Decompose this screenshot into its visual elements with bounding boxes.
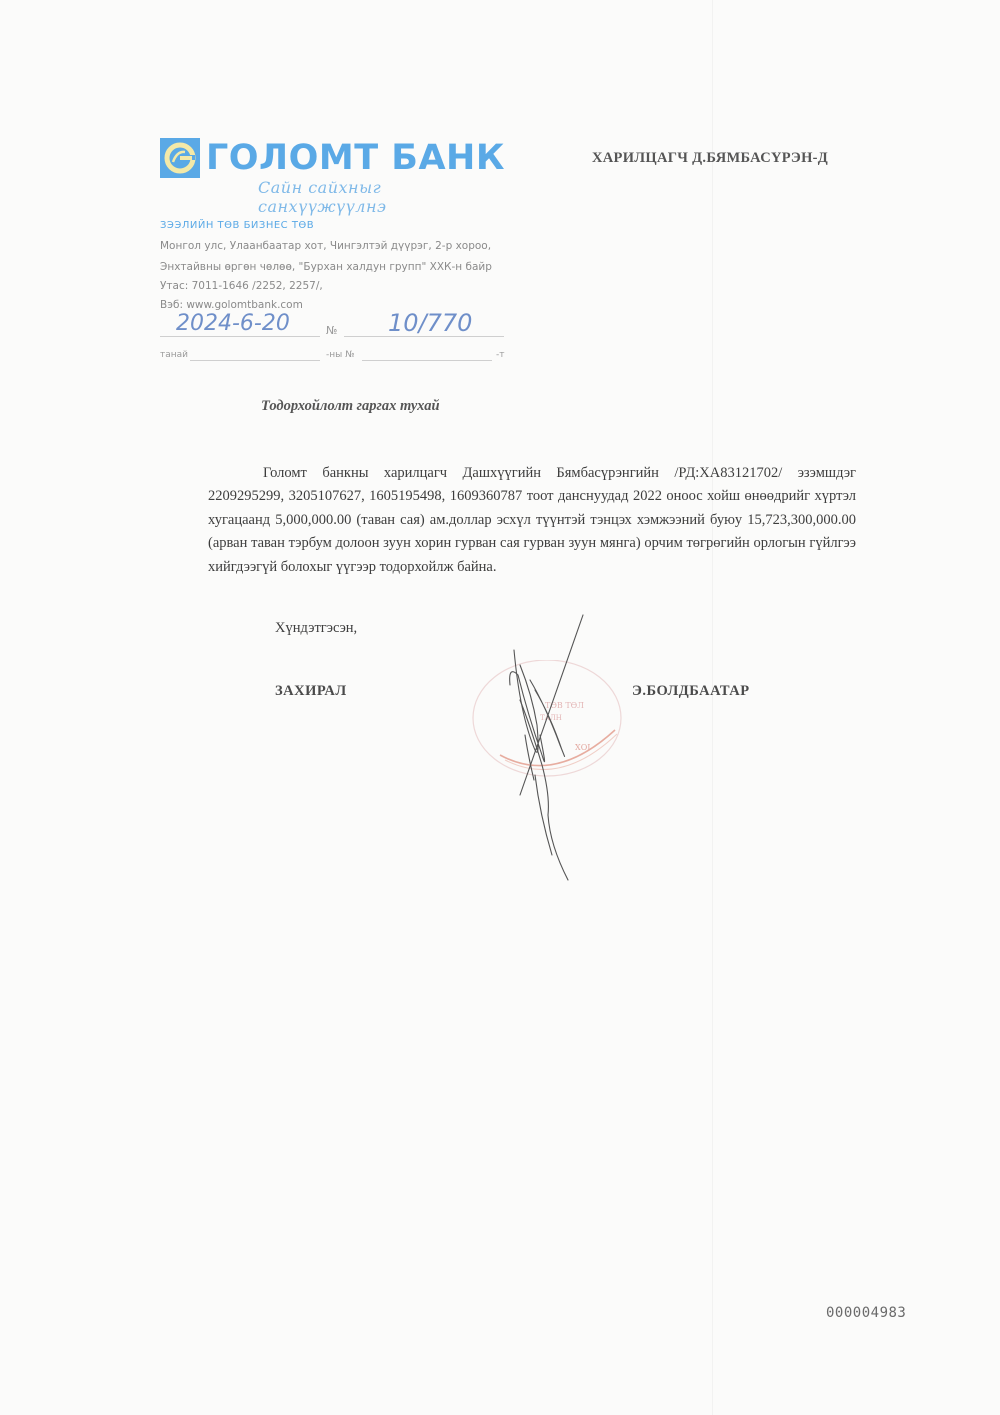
logo-row: ГОЛОМТ БАНК (160, 138, 510, 178)
address-line: Энхтайвны өргөн чөлөө, "Бурхан халдун гр… (160, 260, 520, 274)
golomt-logo-icon (160, 138, 200, 178)
bank-name: ГОЛОМТ БАНК (206, 138, 505, 178)
phone-line: Утас: 7011-1646 /2252, 2257/, (160, 279, 520, 293)
number-label: № (326, 324, 337, 337)
signatory-title: ЗАХИРАЛ (275, 683, 347, 700)
suffix-label: -т (496, 350, 505, 360)
handwritten-signature-icon (490, 605, 620, 885)
number-underline (344, 336, 504, 337)
address-line: Монгол улс, Улаанбаатар хот, Чингэлтэй д… (160, 239, 520, 253)
page-fold-shadow (712, 0, 713, 1415)
handwritten-number: 10/770 (388, 309, 472, 337)
your-label: танай (160, 350, 188, 360)
closing-salutation: Хүндэтгэсэн, (275, 620, 357, 637)
date-underline (160, 336, 320, 337)
handwritten-date: 2024-6-20 (176, 311, 290, 336)
recipient: ХАРИЛЦАГЧ Д.БЯМБАСҮРЭН-Д (592, 150, 828, 167)
serial-number: 000004983 (826, 1305, 906, 1321)
bank-letterhead: ГОЛОМТ БАНК Сайн сайхныг санхүүжүүлнэ (160, 138, 510, 216)
signatory-name: Э.БОЛДБААТАР (632, 683, 750, 700)
subject-line: Тодорхойлолт гаргах тухай (261, 398, 440, 415)
letter-body: Голомт банкны харилцагч Дашхүүгийн Бямба… (208, 462, 856, 579)
your-underline (190, 360, 320, 361)
bank-slogan: Сайн сайхныг санхүүжүүлнэ (258, 178, 510, 216)
branch-name: ЗЭЭЛИЙН ТӨВ БИЗНЕС ТӨВ (160, 220, 314, 231)
your-number-underline (362, 360, 492, 361)
your-number-label: -ны № (326, 350, 354, 360)
